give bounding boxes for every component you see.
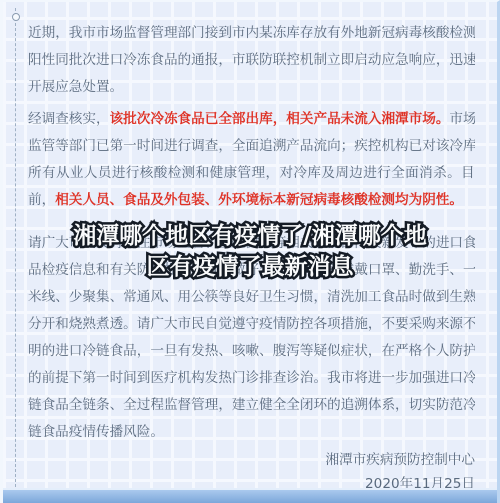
text-line: 近期，我市市场监督管理部门接到市内某冻库存放有外地新冠病毒核酸检测 [28,20,475,47]
headline-line-2: 区有疫情了最新消息 [3,252,497,283]
notice-page: 近期，我市市场监督管理部门接到市内某冻库存放有外地新冠病毒核酸检测阳性同批次进口… [0,0,500,503]
drag-handle-icon [12,13,20,21]
text-line: 链食品疫情传播风险。 [28,419,475,446]
headline-overlay: 湘潭哪个地区有疫情了/湘潭哪个地 区有疫情了最新消息 [3,221,497,283]
text-line: 链食品全链条、全过程监督管理，建立健全全闭环的追溯体系，切实防范冷 [28,392,475,419]
signature-org: 湘潭市疾病预防控制中心 [28,448,475,472]
text-line: 所有从业人员进行核酸检测和健康管理，对冷库及周边进行全面消杀。目 [28,160,475,187]
text-line: 的前提下第一时间到医疗机构发热门诊排查诊治。我市将进一步加强进口冷 [28,365,475,392]
text-line: 明的进口冷链食品，一旦有发热、咳嗽、腹泻等疑似症状，在严格个人防护 [28,338,475,365]
text-line: 阳性同批次进口冷冻食品的通报，市联防联控机制立即启动应急响应，迅速 [28,47,475,74]
text-line: 分开和烧熟煮透。请广大市民自觉遵守疫情防控各项措施，不要采购来源不 [28,311,475,338]
bottom-edge-bar [3,488,497,503]
text-line: 前，相关人员、食品及外包装、外环境标本新冠病毒核酸检测均为阴性。 [28,187,475,214]
paragraph: 经调查核实，该批次冷冻食品已全部出库，相关产品未流入湘潭市场。市场监管等部门已第… [28,106,475,214]
headline-line-1: 湘潭哪个地区有疫情了/湘潭哪个地 [3,221,497,252]
text-line: 经调查核实，该批次冷冻食品已全部出库，相关产品未流入湘潭市场。市场 [28,106,475,133]
text-line: 监管等部门已第一时间进行调查，全面追溯产品流向；疾控机构已对该冷库 [28,133,475,160]
paragraph: 近期，我市市场监督管理部门接到市内某冻库存放有外地新冠病毒核酸检测阳性同批次进口… [28,20,475,101]
text-line: 米线、少聚集、常通风、用公筷等良好卫生习惯，清洗加工食品时做到生熟 [28,284,475,311]
text-line: 开展应急处置。 [28,74,475,101]
